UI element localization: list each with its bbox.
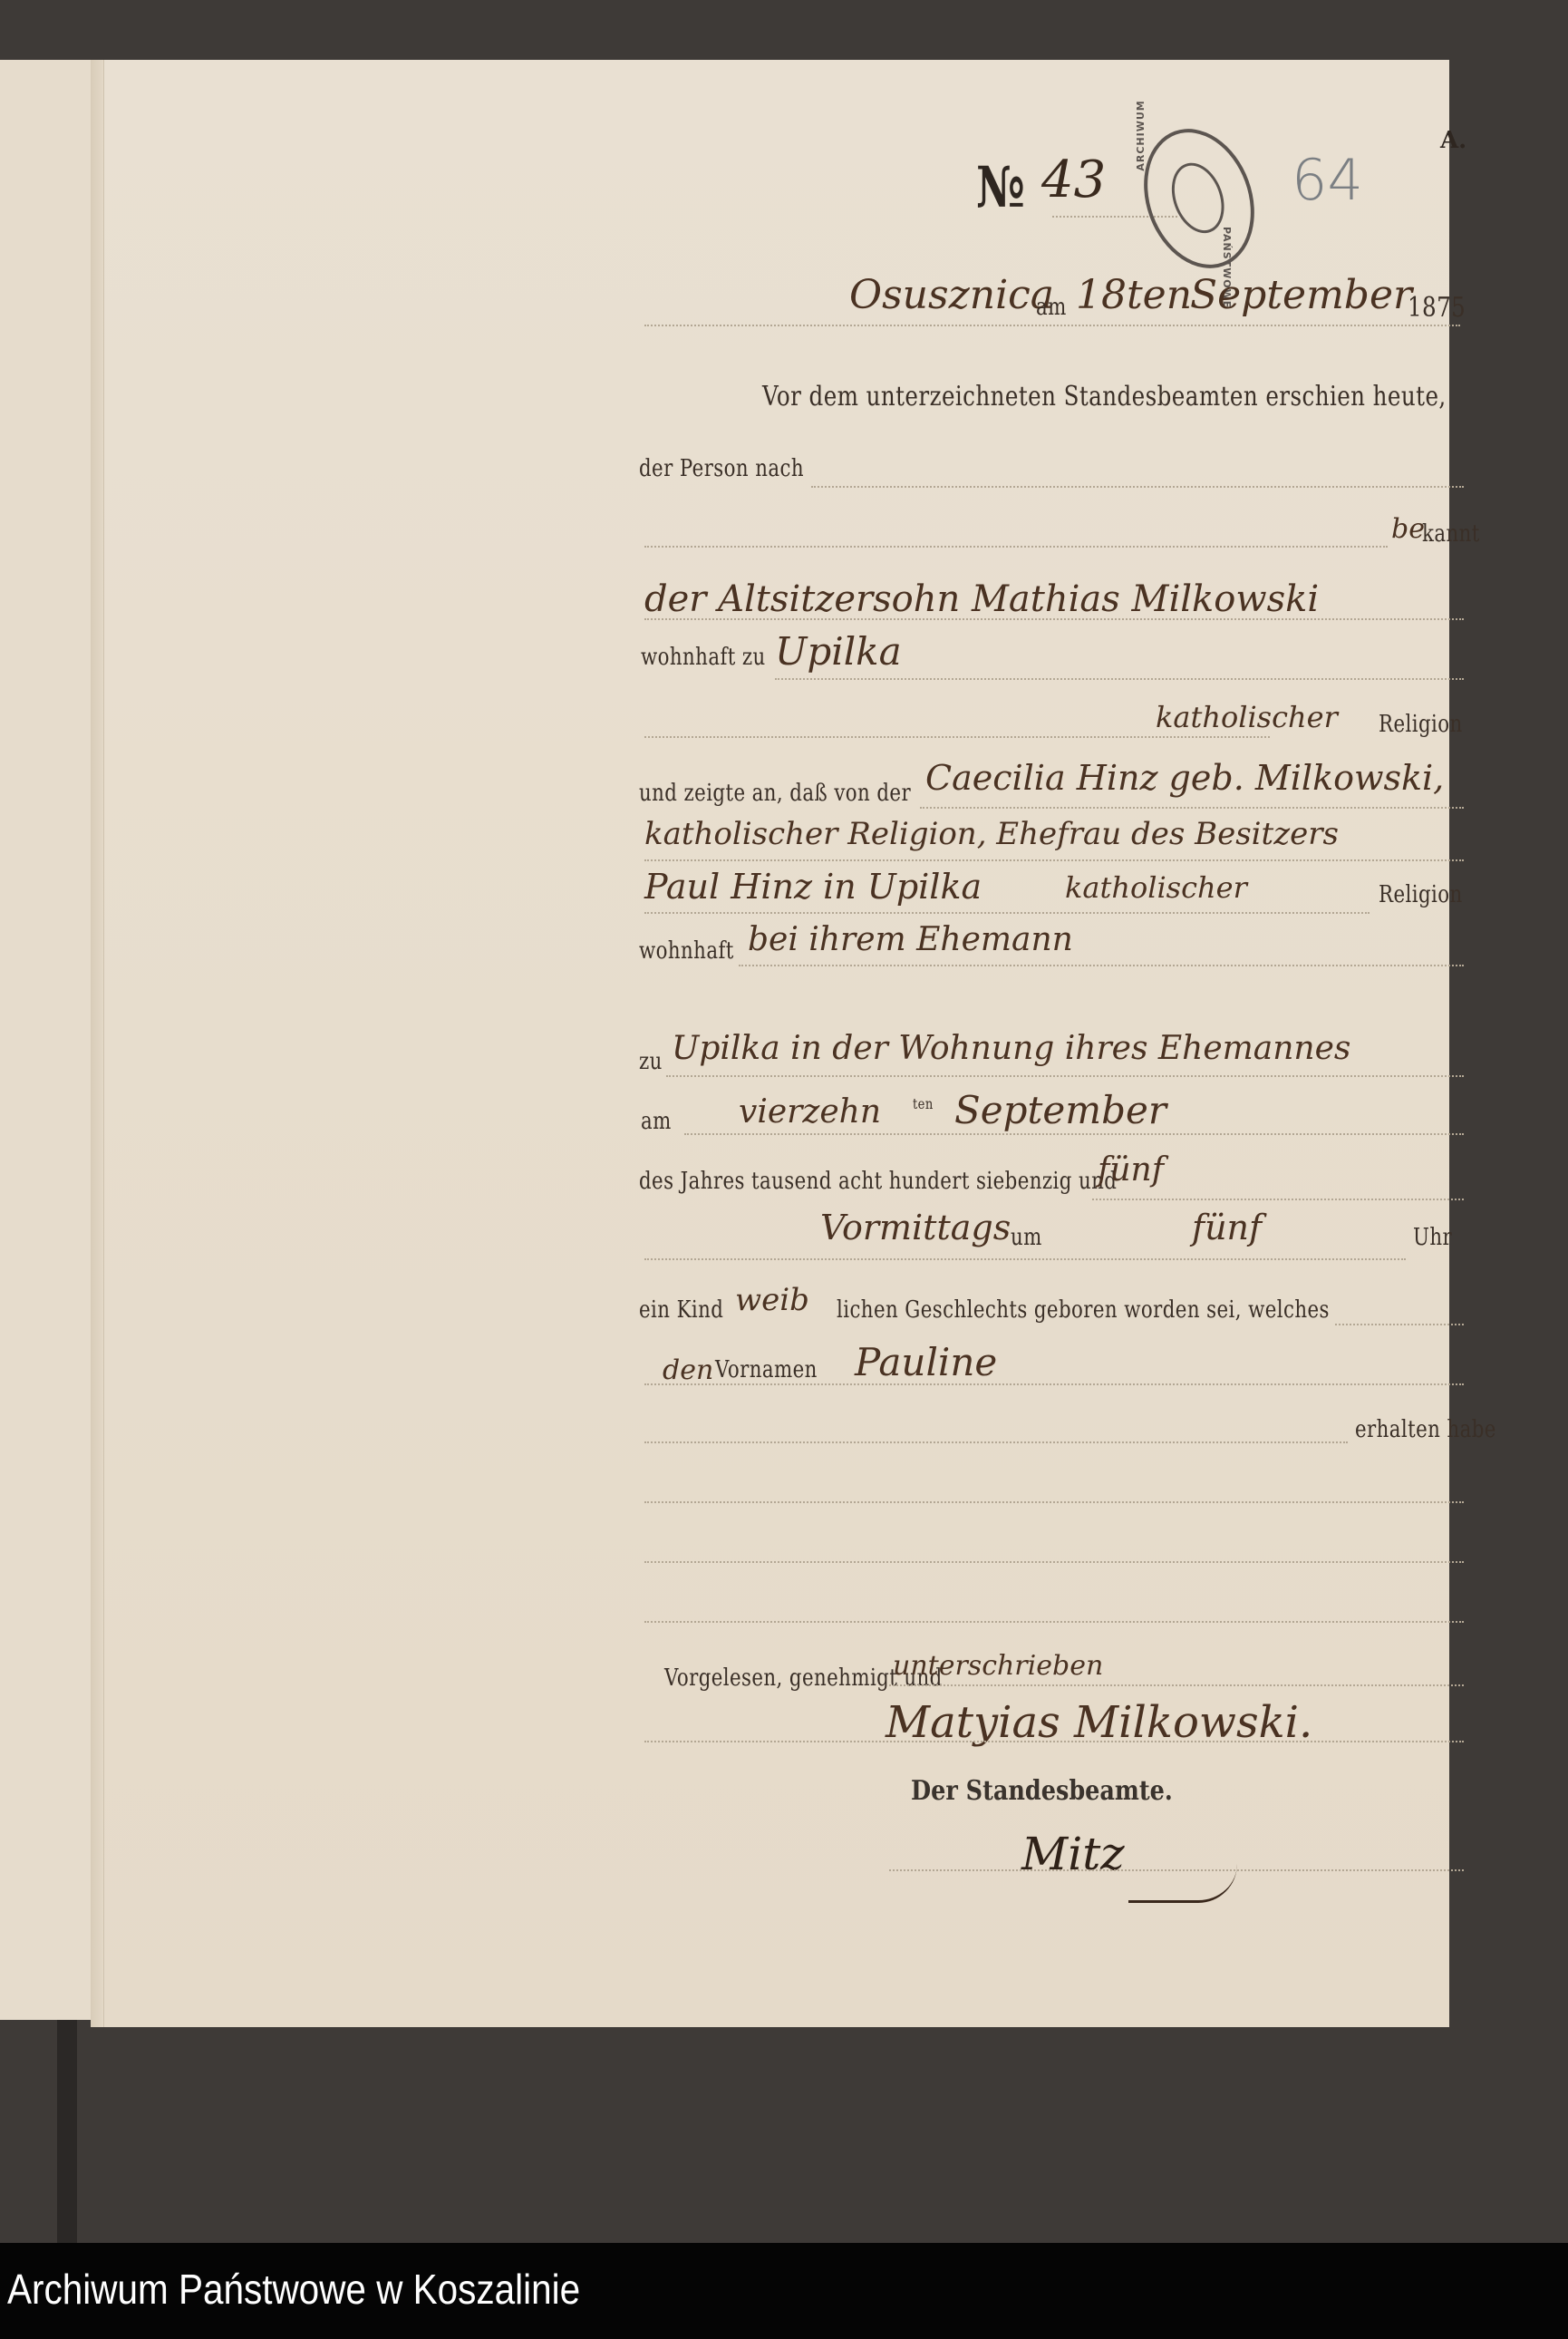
father-dotline (644, 912, 1370, 914)
blank-line-3 (644, 1621, 1464, 1623)
child-label-1: ein Kind (639, 1296, 723, 1324)
given-name-label: Vornamen (715, 1356, 818, 1383)
child-sex-hand: weib (735, 1282, 809, 1318)
previous-leaf-edge (0, 60, 103, 2020)
known-suffix-print: kannt (1422, 520, 1480, 548)
residence-label: wohnhaft zu (641, 644, 766, 671)
residence-dotline (775, 678, 1464, 680)
place-date-dotline (644, 325, 1460, 326)
child-dotline (1335, 1324, 1464, 1325)
time-hour-hand: fünf (1192, 1208, 1262, 1247)
binding-strip (57, 2020, 77, 2243)
person-known-dotline (811, 486, 1464, 488)
declared-label: und zeigte an, daß von der (639, 780, 911, 807)
time-uhr-label: Uhr (1413, 1224, 1452, 1251)
given-name-dotline (644, 1383, 1464, 1385)
signature-dotline (644, 1741, 1464, 1742)
given-name-hand: Pauline (855, 1340, 997, 1384)
residence-hand: Upilka (775, 629, 902, 674)
received-dotline (644, 1441, 1348, 1443)
father-religion-hand: katholischer (1065, 870, 1247, 905)
mother-residence-hand: bei ihrem Ehemann (748, 921, 1073, 958)
place-hand: Osusznica (849, 272, 1054, 318)
mother-line2-hand: katholischer Religion, Ehefrau des Besit… (644, 816, 1339, 852)
year-label: 1875 (1408, 292, 1466, 324)
spine-shadow (91, 60, 103, 2027)
birth-place-hand: Upilka in der Wohnung ihres Ehemannes (672, 1030, 1350, 1067)
known-dotline (644, 546, 1388, 548)
time-um-label: um (1011, 1224, 1042, 1251)
declarant-dotline (644, 618, 1464, 620)
known-prefix-hand: be (1391, 513, 1425, 545)
declarant-religion-label: Religion (1379, 711, 1463, 738)
day-hand: 18ten (1076, 272, 1192, 318)
mother-dotline (920, 807, 1464, 809)
blank-line-1 (644, 1501, 1464, 1503)
birth-month-hand: September (954, 1088, 1166, 1132)
person-known-label: der Person nach (639, 455, 804, 482)
declarant-hand: der Altsitzersohn Mathias Milkowski (644, 578, 1319, 620)
birth-place-label: zu (639, 1048, 663, 1075)
declarant-religion-dotline (644, 736, 1270, 738)
birth-year-dotline (1092, 1199, 1464, 1200)
birth-day-label: am (641, 1108, 672, 1135)
number-value: 43 (1041, 150, 1106, 209)
registrar-label: Der Standesbeamte. (911, 1775, 1173, 1807)
birth-place-dotline (666, 1075, 1464, 1077)
time-of-day-hand: Vormittags (820, 1208, 1011, 1247)
birth-day-dotline (684, 1133, 1464, 1135)
declarant-religion-hand: katholischer (1156, 700, 1338, 734)
birth-year-hand: fünf (1098, 1151, 1164, 1189)
intro-text: Vor dem unterzeichneten Standesbeamten e… (762, 381, 1447, 412)
child-label-2: lichen Geschlechts geboren worden sei, w… (837, 1296, 1330, 1324)
birth-year-label: des Jahres tausend acht hundert siebenzi… (639, 1168, 1117, 1195)
month-hand: September (1190, 272, 1412, 318)
pencil-page-number: 64 (1292, 147, 1363, 213)
approved-dotline (889, 1684, 1464, 1686)
birth-day-suffix: ten (913, 1095, 934, 1112)
form-letter: A. (1440, 127, 1466, 154)
blank-line-2 (644, 1561, 1464, 1563)
received-label: erhalten habe (1355, 1416, 1496, 1443)
birth-day-hand: vierzehn (739, 1093, 881, 1131)
father-hand: Paul Hinz in Upilka (644, 867, 982, 907)
registrar-dotline (889, 1869, 1464, 1871)
approved-hand: unterschrieben (893, 1650, 1103, 1682)
register-page: A. № 43 ARCHIWUM PAŃSTWOWE 64 Osusznica … (103, 60, 1449, 2027)
father-religion-label: Religion (1379, 881, 1463, 908)
mother-residence-dotline (739, 965, 1464, 966)
number-label: № (976, 154, 1025, 220)
archive-stamp: ARCHIWUM PAŃSTWOWE (1125, 113, 1273, 284)
given-name-prefix-hand: den (663, 1354, 713, 1386)
registrar-signature: Mitz (1021, 1828, 1125, 1880)
archive-footer: Archiwum Państwowe w Koszalinie (0, 2243, 1568, 2339)
stamp-top-text: ARCHIWUM (1135, 100, 1147, 170)
time-dotline (644, 1258, 1406, 1260)
mother-residence-label: wohnhaft (639, 937, 734, 965)
mother-line2-dotline (644, 859, 1464, 861)
archive-name: Archiwum Państwowe w Koszalinie (7, 2265, 580, 2314)
am-label: am (1036, 294, 1067, 321)
mother-hand: Caecilia Hinz geb. Milkowski, (925, 758, 1444, 798)
